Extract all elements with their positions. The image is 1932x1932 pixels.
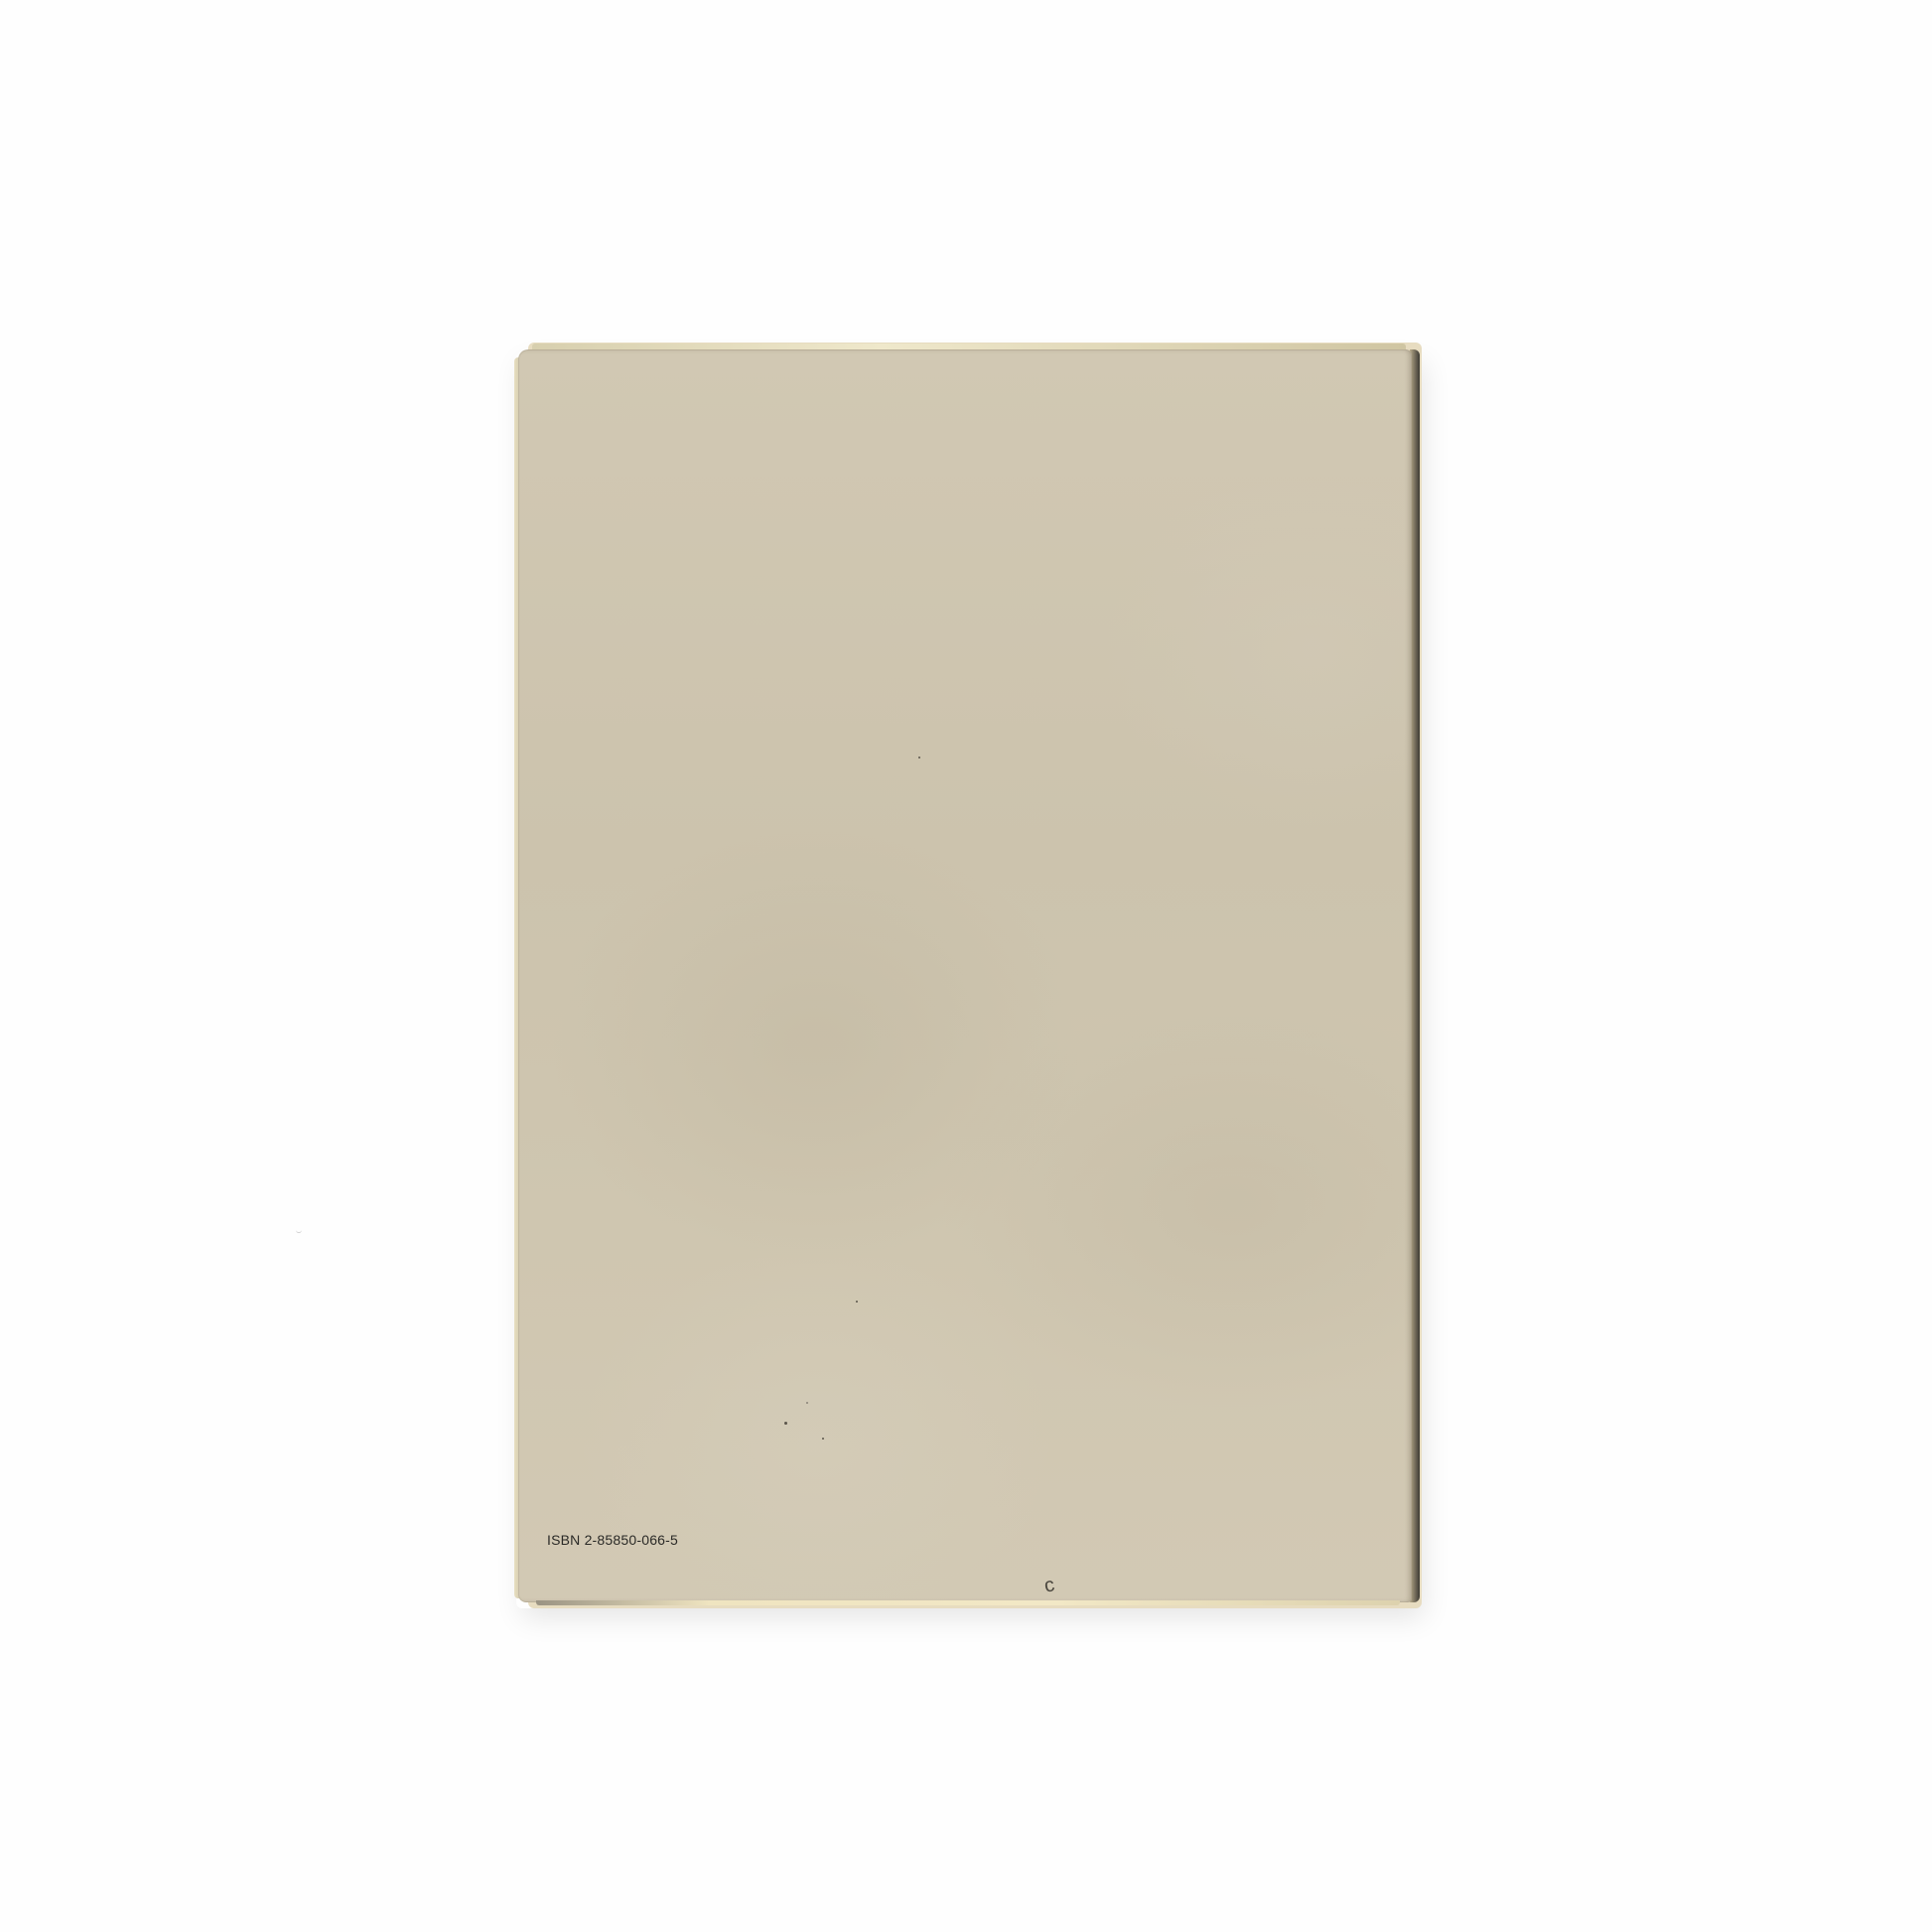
cover-speck — [784, 1422, 787, 1425]
book-back-cover — [518, 349, 1412, 1602]
cover-speck — [822, 1438, 824, 1440]
cover-speck — [806, 1402, 808, 1404]
book-bottom-edge — [536, 1600, 1400, 1605]
isbn-label: ISBN 2-85850-066-5 — [547, 1532, 678, 1548]
photo-scene: ISBN 2-85850-066-5 c — [0, 0, 1932, 1932]
cover-speck — [918, 757, 920, 759]
background-mark — [296, 1229, 302, 1233]
cover-speck — [856, 1301, 858, 1303]
